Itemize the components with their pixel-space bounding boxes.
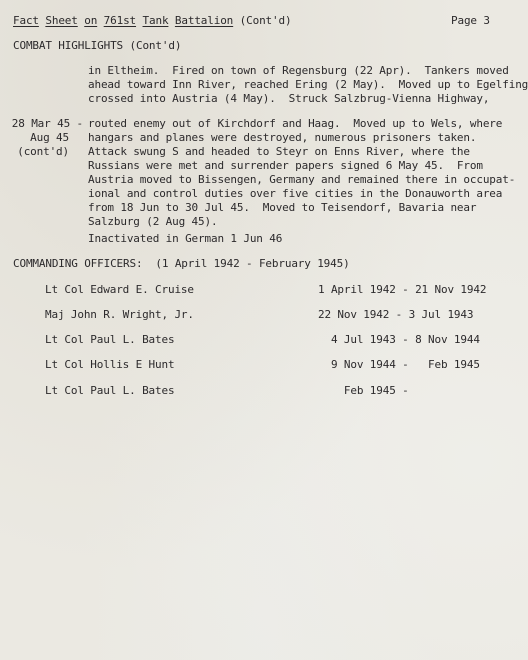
document-title: Fact Sheet on 761st Tank Battalion (Cont… [13,14,291,28]
paragraph-line: ahead toward Inn River, reached Ering (2… [88,78,528,92]
paragraph-line: from 18 Jun to 30 Jul 45. Moved to Teise… [88,201,476,215]
paragraph-line: Russians were met and surrender papers s… [88,159,483,173]
title-word: 761st [104,14,136,27]
paragraph-line: ional and control duties over five citie… [88,187,502,201]
officer-name: Lt Col Hollis E Hunt [45,358,174,372]
officer-name: Maj John R. Wright, Jr. [45,308,194,322]
paragraph-line: crossed into Austria (4 May). Struck Sal… [88,92,489,106]
paragraph-line: in Eltheim. Fired on town of Regensburg … [88,64,509,78]
title-word: Sheet [45,14,77,27]
paragraph-line: routed enemy out of Kirchdorf and Haag. … [88,117,502,131]
title-word: Fact [13,14,39,27]
officer-name: Lt Col Paul L. Bates [45,384,174,398]
entry-date: Aug 45 [9,131,69,145]
entry-date: (cont'd) [9,145,69,159]
paragraph-line: Salzburg (2 Aug 45). [88,215,217,229]
title-word: on [84,14,97,27]
document-page: Fact Sheet on 761st Tank Battalion (Cont… [0,0,528,660]
officer-term: 4 Jul 1943 - 8 Nov 1944 [318,333,480,347]
section-heading-combat-highlights: COMBAT HIGHLIGHTS (Cont'd) [13,39,181,53]
paragraph-line: Attack swung S and headed to Steyr on En… [88,145,470,159]
officer-name: Lt Col Paul L. Bates [45,333,174,347]
page-number: Page 3 [451,14,490,28]
officer-term: 1 April 1942 - 21 Nov 1942 [318,283,486,297]
section-heading-commanding-officers: COMMANDING OFFICERS: (1 April 1942 - Feb… [13,257,350,271]
paragraph-line: Austria moved to Bissengen, Germany and … [88,173,515,187]
title-word: Battalion [175,14,233,27]
entry-date: 28 Mar 45 - [9,117,83,131]
title-word: Tank [143,14,169,27]
inactivation-note: Inactivated in German 1 Jun 46 [88,232,282,246]
officer-term: 22 Nov 1942 - 3 Jul 1943 [318,308,473,322]
officer-term: 9 Nov 1944 - Feb 1945 [318,358,480,372]
officer-name: Lt Col Edward E. Cruise [45,283,194,297]
title-suffix: (Cont'd) [240,14,292,27]
paragraph-line: hangars and planes were destroyed, numer… [88,131,476,145]
officer-term: Feb 1945 - [318,384,409,398]
